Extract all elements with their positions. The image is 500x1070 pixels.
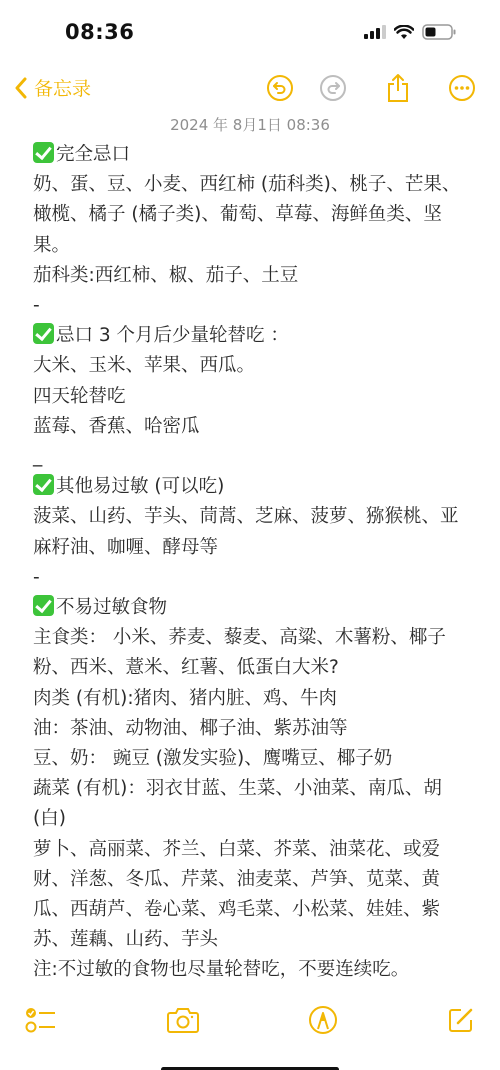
note-line-text: 大米、玉米、苹果、西瓜。 <box>33 355 255 376</box>
checklist-icon <box>25 1005 57 1035</box>
note-line: 奶、蛋、豆、小麦、西红柿 (茄科类)、桃子、芒果、橄榄、橘子 (橘子类)、葡萄、… <box>33 170 473 261</box>
note-line-text: 茄科类:西红柿、椒、茄子、土豆 <box>33 265 298 286</box>
checklist-button[interactable] <box>24 1003 58 1037</box>
note-line: 四天轮替吃 <box>33 382 473 412</box>
note-line-text: 完全忌口 <box>56 144 130 165</box>
check-mark-icon <box>33 595 54 616</box>
note-line: 肉类 (有机):猪肉、猪内脏、鸡、牛肉 <box>33 684 473 714</box>
note-heading: 其他易过敏 (可以吃) <box>33 472 473 502</box>
note-line: - <box>33 291 473 321</box>
note-heading: 完全忌口 <box>33 140 473 170</box>
note-line: 主食类： 小米、荞麦、藜麦、高粱、木薯粉、椰子粉、西米、薏米、红薯、低蛋白大米? <box>33 623 473 683</box>
note-line: - <box>33 563 473 593</box>
share-icon <box>385 73 411 103</box>
redo-button[interactable] <box>319 74 347 102</box>
note-line-text: - <box>33 295 40 316</box>
note-line-text: 肉类 (有机):猪肉、猪内脏、鸡、牛肉 <box>33 688 337 709</box>
note-line-text: 蓝莓、香蕉、哈密瓜 <box>33 416 200 437</box>
note-line: 豆、奶： 豌豆 (激发实验)、鹰嘴豆、椰子奶 <box>33 744 473 774</box>
note-line-text: - <box>33 567 40 588</box>
compose-icon <box>447 1006 475 1034</box>
chevron-left-icon <box>14 77 28 99</box>
camera-button[interactable] <box>166 1003 200 1037</box>
check-mark-icon <box>33 323 54 344</box>
redo-icon <box>319 74 347 102</box>
note-line: 蔬菜 (有机)：羽衣甘蓝、生菜、小油菜、南瓜、胡 (白) <box>33 774 473 834</box>
note-line-text: 豆、奶： 豌豆 (激发实验)、鹰嘴豆、椰子奶 <box>33 748 392 769</box>
signal-icon <box>364 25 386 39</box>
note-line-text: 油：茶油、动物油、椰子油、紫苏油等 <box>33 718 348 739</box>
note-line: 注:不过敏的食物也尽量轮替吃，不要连续吃。 <box>33 955 473 985</box>
note-line: 菠菜、山药、芋头、茼蒿、芝麻、菠萝、猕猴桃、亚麻籽油、咖喱、酵母等 <box>33 502 473 562</box>
note-line-text: 蔬菜 (有机)：羽衣甘蓝、生菜、小油菜、南瓜、胡 (白) <box>33 778 448 829</box>
nav-bar: 备忘录 <box>0 70 500 110</box>
note-line: 油：茶油、动物油、椰子油、紫苏油等 <box>33 714 473 744</box>
note-line: 萝卜、高丽菜、芥兰、白菜、芥菜、油菜花、或爱财、洋葱、冬瓜、芹菜、油麦菜、芦笋、… <box>33 835 473 956</box>
markup-button[interactable] <box>306 1003 340 1037</box>
note-line-text: 菠菜、山药、芋头、茼蒿、芝麻、菠萝、猕猴桃、亚麻籽油、咖喱、酵母等 <box>33 506 459 557</box>
share-button[interactable] <box>384 74 412 102</box>
note-body[interactable]: 完全忌口奶、蛋、豆、小麦、西红柿 (茄科类)、桃子、芒果、橄榄、橘子 (橘子类)… <box>33 140 473 986</box>
note-line-text: 萝卜、高丽菜、芥兰、白菜、芥菜、油菜花、或爱财、洋葱、冬瓜、芹菜、油麦菜、芦笋、… <box>33 839 440 951</box>
status-icons <box>364 24 456 40</box>
note-line-text: 注:不过敏的食物也尽量轮替吃，不要连续吃。 <box>33 959 409 980</box>
back-label: 备忘录 <box>34 74 91 101</box>
camera-icon <box>167 1007 199 1033</box>
bottom-toolbar <box>0 1003 500 1037</box>
note-line-text: _ <box>33 446 42 467</box>
note-line-text: 不易过敏食物 <box>56 597 167 618</box>
battery-icon <box>422 24 456 40</box>
note-line-text: 四天轮替吃 <box>33 386 126 407</box>
compose-button[interactable] <box>444 1003 478 1037</box>
status-time: 08:36 <box>65 20 134 44</box>
note-heading: 不易过敏食物 <box>33 593 473 623</box>
note-date: 2024 年 8月1日 08:36 <box>0 114 500 135</box>
undo-button[interactable] <box>266 74 294 102</box>
note-line: _ <box>33 442 473 472</box>
note-line-text: 忌口 3 个月后少量轮替吃 ： <box>56 325 289 346</box>
note-heading: 忌口 3 个月后少量轮替吃 ： <box>33 321 473 351</box>
more-button[interactable] <box>448 74 476 102</box>
note-line-text: 主食类： 小米、荞麦、藜麦、高粱、木薯粉、椰子粉、西米、薏米、红薯、低蛋白大米? <box>33 627 446 678</box>
undo-icon <box>266 74 294 102</box>
note-line-text: 奶、蛋、豆、小麦、西红柿 (茄科类)、桃子、芒果、橄榄、橘子 (橘子类)、葡萄、… <box>33 174 460 255</box>
status-bar: 08:36 <box>0 0 500 60</box>
wifi-icon <box>394 25 414 40</box>
note-line: 大米、玉米、苹果、西瓜。 <box>33 351 473 381</box>
note-line-text: 其他易过敏 (可以吃) <box>56 476 224 497</box>
check-mark-icon <box>33 142 54 163</box>
back-button[interactable]: 备忘录 <box>14 74 91 101</box>
more-icon <box>448 74 476 102</box>
pen-tip-icon <box>308 1005 338 1035</box>
check-mark-icon <box>33 474 54 495</box>
note-line: 蓝莓、香蕉、哈密瓜 <box>33 412 473 442</box>
note-line: 茄科类:西红柿、椒、茄子、土豆 <box>33 261 473 291</box>
